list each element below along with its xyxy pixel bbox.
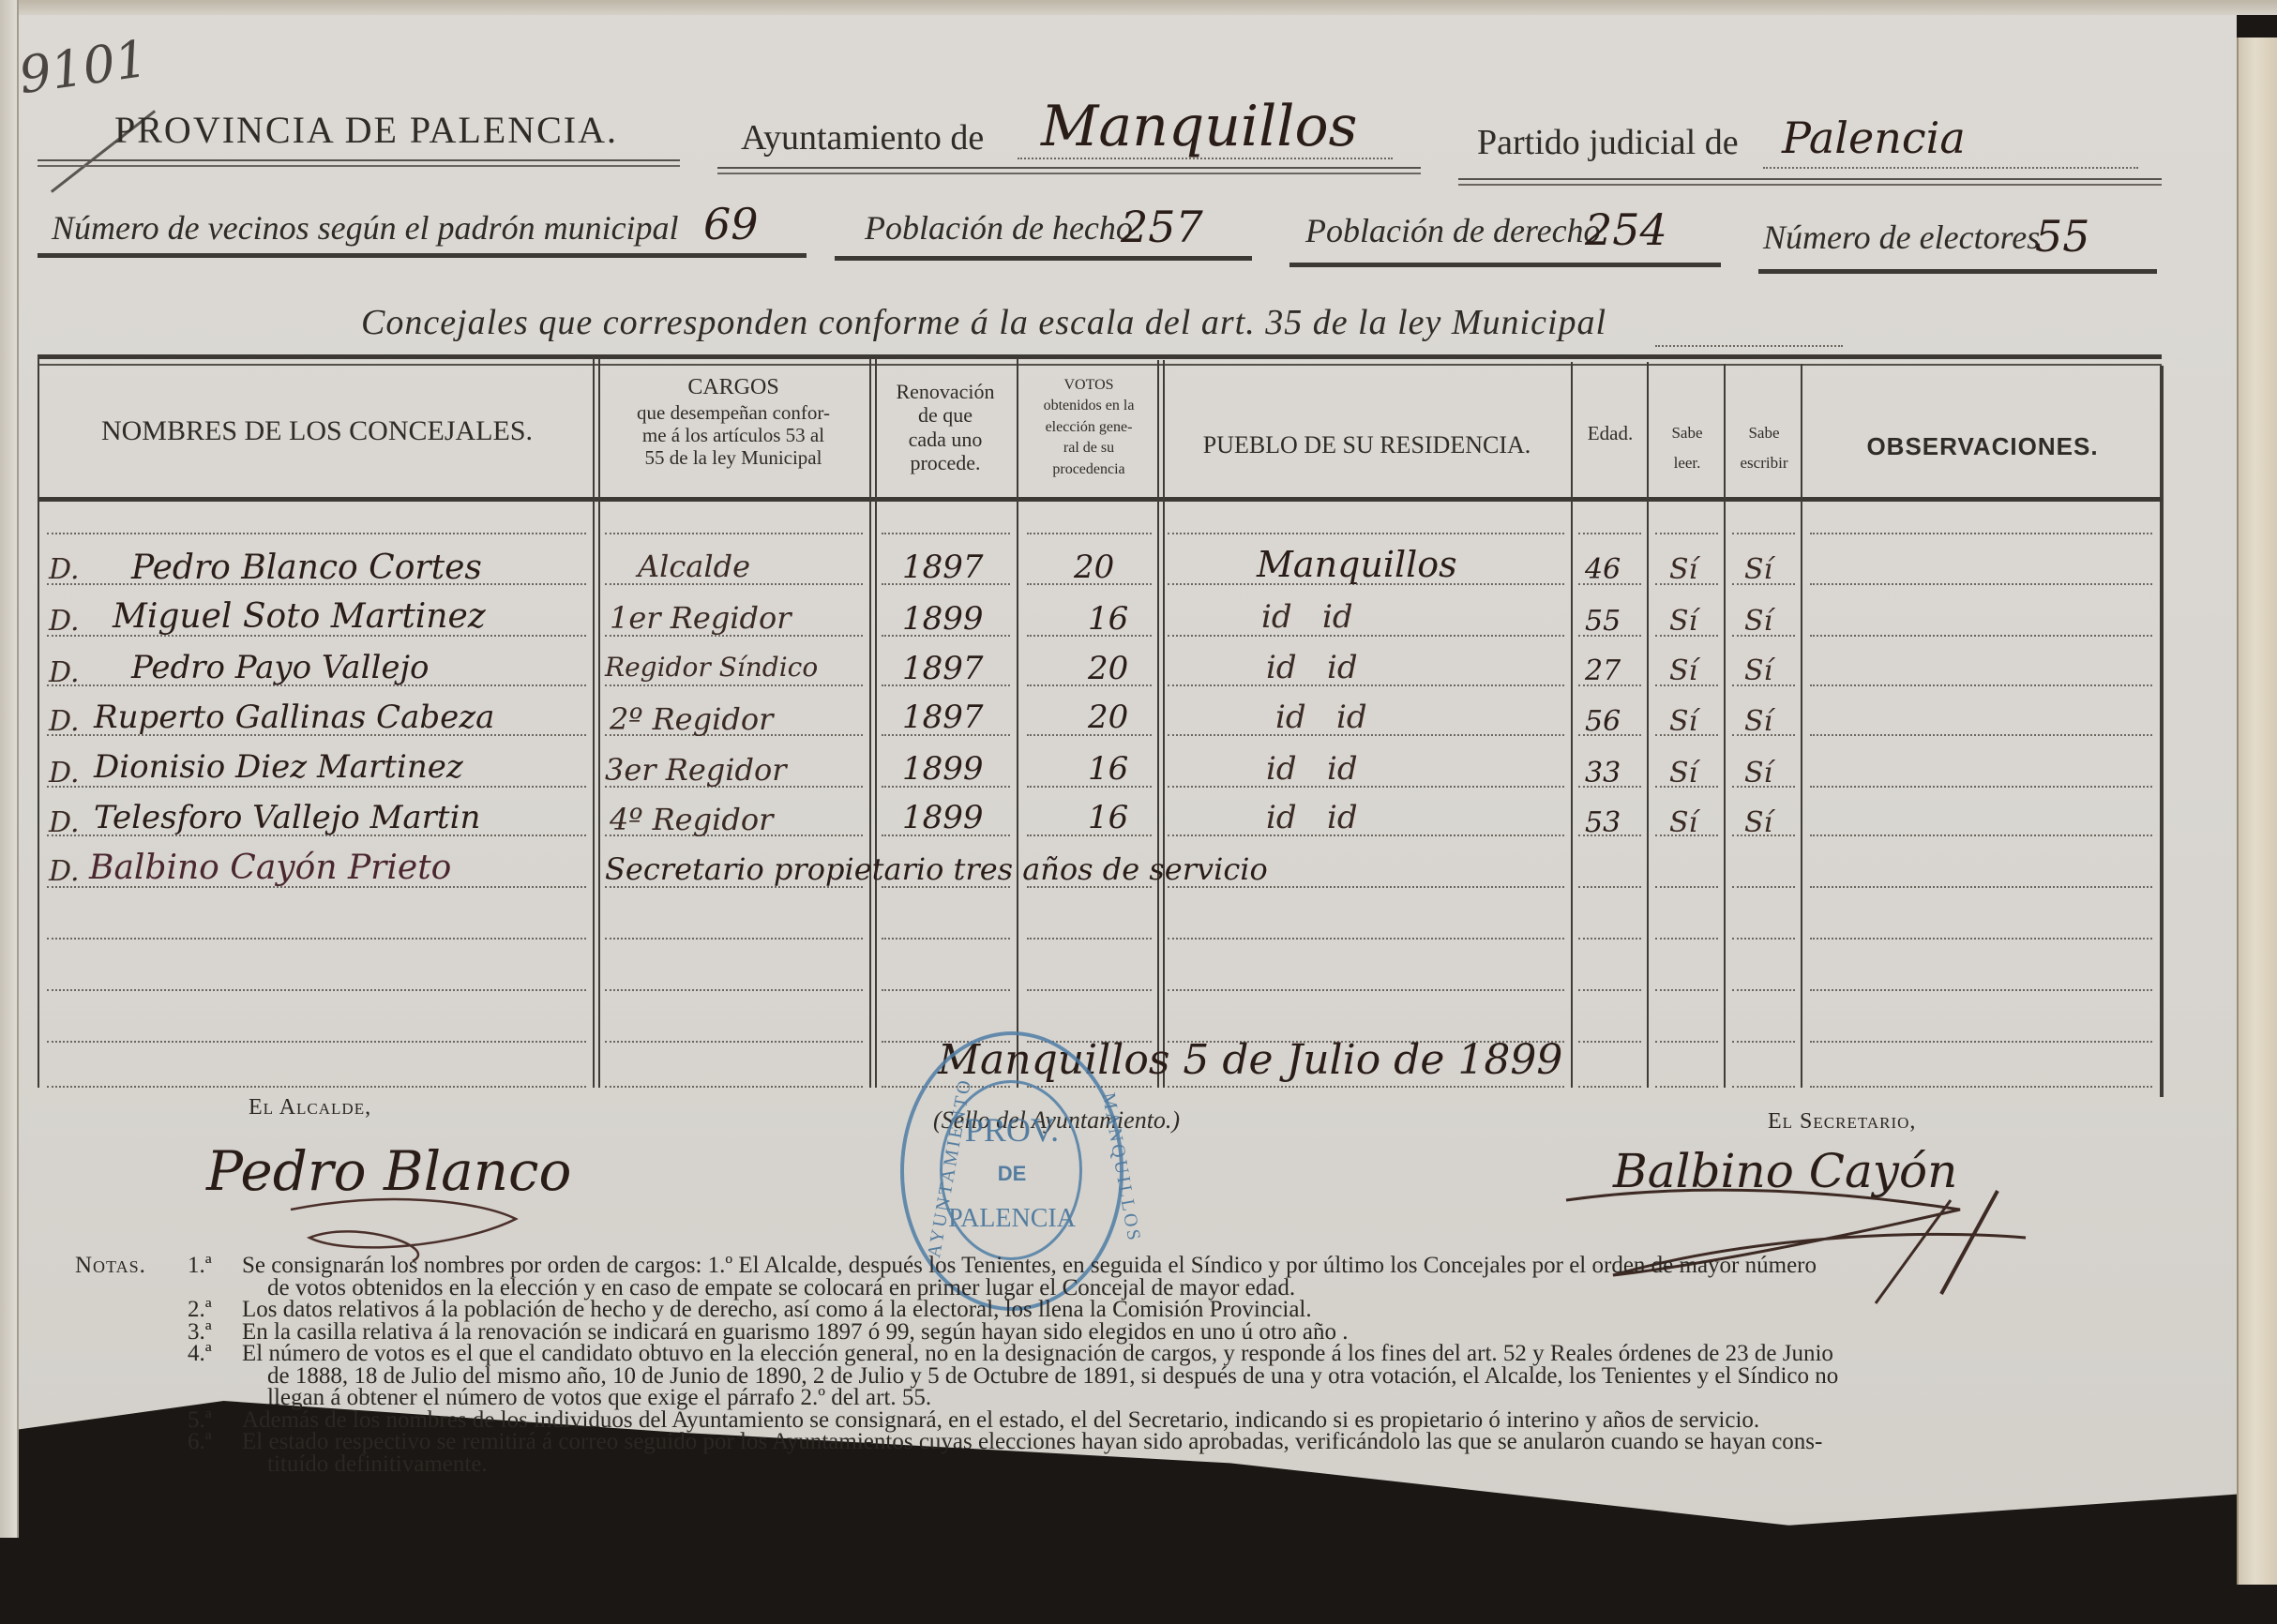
row5-pueblo: id id — [1266, 750, 1358, 788]
row1-leer: Sí — [1669, 553, 1697, 586]
secretario-flourish-icon — [1557, 1163, 2119, 1313]
page-top-edge — [0, 0, 2277, 15]
cargos-sub2: me á los artículos 53 al — [596, 424, 870, 446]
row2-votos: 16 — [1088, 600, 1128, 638]
row4-nombre: Ruperto Gallinas Cabeza — [94, 699, 494, 736]
votos-1: obtenidos en la — [1020, 396, 1157, 416]
row-dotted-line — [1168, 533, 1564, 534]
note-number: 6.ª — [188, 1431, 212, 1453]
row3-renovacion: 1897 — [902, 650, 984, 687]
row6-nombre: Telesforo Vallejo Martin — [94, 799, 480, 836]
note-number: 2.ª — [188, 1299, 212, 1321]
col-header-leer: Sabe leer. — [1651, 418, 1724, 479]
col-sep-5 — [1571, 362, 1573, 1088]
hecho-label: Población de hecho — [865, 208, 1133, 248]
row1-pueblo: Manquillos — [1257, 544, 1457, 585]
row-dotted-line — [1027, 533, 1152, 534]
derecho-label: Población de derecho — [1305, 211, 1601, 250]
row-dotted-line — [605, 684, 863, 686]
row4-edad: 56 — [1585, 705, 1621, 738]
notes-label: Notas. — [75, 1253, 146, 1278]
note-line: de 1888, 18 de Julio del mismo año, 10 d… — [267, 1365, 1838, 1388]
table-header-bottom — [38, 497, 2162, 502]
note-line: Los datos relativos á la población de he… — [242, 1299, 1312, 1321]
escribir-2: escribir — [1727, 448, 1801, 478]
alcalde-label: El Alcalde, — [249, 1095, 371, 1120]
votos-title: VOTOS — [1020, 375, 1157, 396]
row2-escribir: Sí — [1744, 605, 1772, 638]
row1-prefix: D. — [49, 553, 80, 586]
row3-leer: Sí — [1669, 654, 1697, 687]
row-dotted-line — [1168, 835, 1564, 836]
row-dotted-line — [1655, 1086, 1718, 1088]
row-dotted-line — [1810, 533, 2152, 534]
row-dotted-line — [605, 533, 863, 534]
row-dotted-line — [1810, 938, 2152, 940]
note-line: de votos obtenidos en la elección y en c… — [267, 1277, 1295, 1300]
col-header-cargos: CARGOS que desempeñan confor- me á los a… — [596, 375, 870, 469]
electores-value: 55 — [2035, 211, 2090, 262]
row2-prefix: D. — [49, 605, 80, 638]
row1-nombre: Pedro Blanco Cortes — [131, 549, 482, 587]
row-dotted-line — [1810, 989, 2152, 991]
row1-renovacion: 1897 — [902, 549, 984, 586]
row6-escribir: Sí — [1744, 806, 1772, 839]
row-dotted-line — [1655, 1041, 1718, 1043]
provincia-title: PROVINCIA DE PALENCIA. — [114, 108, 618, 152]
row-dotted-line — [605, 938, 863, 940]
row3-votos: 20 — [1088, 650, 1128, 687]
partido-label: Partido judicial de — [1477, 122, 1739, 163]
row3-pueblo: id id — [1266, 649, 1358, 686]
row2-nombre: Miguel Soto Martinez — [113, 597, 486, 636]
row-dotted-line — [882, 989, 1010, 991]
row2-pueblo: id id — [1261, 598, 1353, 636]
row6-edad: 53 — [1585, 806, 1621, 839]
row-dotted-line — [1810, 635, 2152, 637]
votos-3: ral de su — [1020, 438, 1157, 459]
row6-pueblo: id id — [1266, 799, 1358, 836]
ayuntamiento-label: Ayuntamiento de — [741, 117, 984, 158]
row-dotted-line — [1732, 533, 1795, 534]
vecinos-value: 69 — [703, 199, 759, 249]
row-dotted-line — [1655, 533, 1718, 534]
partido-underline — [1458, 178, 2162, 186]
renovacion-3: cada uno — [874, 428, 1017, 451]
renovacion-4: procede. — [874, 451, 1017, 474]
derecho-value: 254 — [1585, 204, 1667, 255]
row6-cargo: 4º Regidor — [610, 802, 773, 837]
secretario-label: El Secretario, — [1768, 1109, 1916, 1135]
row3-cargo: Regidor Síndico — [605, 652, 818, 683]
row4-renovacion: 1897 — [902, 699, 984, 736]
row6-prefix: D. — [49, 806, 80, 839]
row-dotted-line — [605, 989, 863, 991]
row1-escribir: Sí — [1744, 553, 1772, 586]
cargos-sub1: que desempeñan confor- — [596, 401, 870, 424]
note-line: El estado respectivo se remitirá á corre… — [242, 1431, 1822, 1453]
col-sep-3 — [1017, 358, 1018, 1088]
row-dotted-line — [1810, 734, 2152, 736]
row-dotted-line — [1168, 1086, 1564, 1088]
row-dotted-line — [1732, 1086, 1795, 1088]
row4-leer: Sí — [1669, 705, 1697, 738]
ayuntamiento-value: Manquillos — [1041, 94, 1357, 159]
note-number: 5.ª — [188, 1409, 212, 1432]
row-dotted-line — [1810, 1086, 2152, 1088]
row-dotted-line — [1732, 938, 1795, 940]
vecinos-underline — [38, 253, 807, 258]
note-number: 1.ª — [188, 1255, 212, 1277]
col-header-nombres: NOMBRES DE LOS CONCEJALES. — [41, 415, 593, 448]
row-dotted-line — [1578, 938, 1641, 940]
row-dotted-line — [1810, 786, 2152, 788]
leer-2: leer. — [1651, 448, 1724, 478]
row-dotted-line — [1810, 583, 2152, 585]
row1-edad: 46 — [1585, 553, 1621, 586]
table-top-border — [38, 354, 2162, 359]
table-subtitle: Concejales que corresponden conforme á l… — [361, 302, 1606, 343]
row-dotted-line — [882, 938, 1010, 940]
partido-value: Palencia — [1782, 113, 1966, 163]
ayuntamiento-dotted-line — [1018, 158, 1393, 159]
row-dotted-line — [1732, 1041, 1795, 1043]
row5-prefix: D. — [49, 757, 80, 789]
provincia-underline — [38, 159, 680, 167]
vecinos-label: Número de vecinos según el padrón munici… — [52, 208, 679, 248]
row3-edad: 27 — [1585, 654, 1621, 687]
row4-pueblo: id id — [1275, 699, 1367, 736]
row-dotted-line — [1168, 635, 1564, 637]
table-left-border — [38, 356, 39, 1088]
note-line: Se consignarán los nombres por orden de … — [242, 1255, 1817, 1277]
row4-cargo: 2º Regidor — [610, 701, 773, 737]
row1-votos: 20 — [1074, 549, 1114, 586]
row-dotted-line — [47, 989, 586, 991]
page-right-edge — [2237, 38, 2277, 1585]
col-header-pueblo: PUEBLO DE SU RESIDENCIA. — [1163, 431, 1571, 459]
renovacion-1: Renovación — [874, 380, 1017, 403]
electores-underline — [1758, 269, 2157, 274]
row-dotted-line — [47, 1086, 586, 1088]
row-dotted-line — [1168, 938, 1564, 940]
observaciones-text: OBSERVACIONES. — [1866, 432, 2098, 460]
row3-escribir: Sí — [1744, 654, 1772, 687]
note-line: llegan á obtener el número de votos que … — [267, 1387, 931, 1409]
row-dotted-line — [1810, 886, 2152, 888]
row-dotted-line — [1732, 886, 1795, 888]
row5-renovacion: 1899 — [902, 750, 984, 788]
derecho-underline — [1289, 263, 1721, 267]
row-dotted-line — [1655, 886, 1718, 888]
row5-votos: 16 — [1088, 750, 1128, 788]
row-dotted-line — [1168, 989, 1564, 991]
row-dotted-line — [1168, 684, 1564, 686]
row-dotted-line — [47, 786, 586, 788]
notes-section: Notas. — [75, 1255, 146, 1277]
electores-label: Número de electores — [1763, 218, 2040, 257]
row-dotted-line — [1810, 835, 2152, 836]
edad-text: Edad. — [1588, 422, 1633, 444]
row7-nombre: Balbino Cayón Prieto — [89, 849, 451, 887]
col-header-edad: Edad. — [1574, 422, 1647, 444]
col-header-escribir: Sabe escribir — [1727, 418, 1801, 479]
col-header-votos: VOTOS obtenidos en la elección gene- ral… — [1020, 375, 1157, 480]
note-number: 4.ª — [188, 1343, 212, 1365]
hecho-value: 257 — [1121, 202, 1203, 252]
subtitle-dotted-line — [1655, 345, 1843, 347]
row7-prefix: D. — [49, 855, 80, 888]
row-dotted-line — [1578, 989, 1641, 991]
row-dotted-line — [47, 533, 586, 534]
row-dotted-line — [1810, 684, 2152, 686]
renovacion-2: de que — [874, 403, 1017, 427]
stamp-line-1: PROV. — [904, 1110, 1120, 1150]
note-number: 3.ª — [188, 1321, 212, 1344]
ayuntamiento-underline — [717, 167, 1421, 174]
row2-renovacion: 1899 — [902, 600, 984, 638]
row-dotted-line — [1655, 989, 1718, 991]
row-dotted-line — [605, 1041, 863, 1043]
row-dotted-line — [1027, 989, 1152, 991]
col-header-renovacion: Renovación de que cada uno procede. — [874, 380, 1017, 474]
row2-edad: 55 — [1585, 605, 1621, 638]
row-dotted-line — [1578, 533, 1641, 534]
row6-leer: Sí — [1669, 806, 1697, 839]
row2-cargo: 1er Regidor — [610, 600, 792, 636]
row1-cargo: Alcalde — [638, 549, 750, 584]
leer-1: Sabe — [1651, 418, 1724, 448]
escribir-1: Sabe — [1727, 418, 1801, 448]
row-dotted-line — [1732, 989, 1795, 991]
row5-escribir: Sí — [1744, 757, 1772, 789]
row-dotted-line — [1578, 1041, 1641, 1043]
partido-dotted-line — [1763, 167, 2138, 169]
cargos-sub3: 55 de la ley Municipal — [596, 446, 870, 469]
row5-nombre: Dionisio Diez Martinez — [94, 748, 463, 786]
votos-2: elección gene- — [1020, 417, 1157, 438]
row-dotted-line — [47, 1041, 586, 1043]
note-line: Además de los nombres de los individuos … — [242, 1409, 1759, 1432]
row2-leer: Sí — [1669, 605, 1697, 638]
row6-renovacion: 1899 — [902, 799, 984, 836]
row6-votos: 16 — [1088, 799, 1128, 836]
row7-secretario-text: Secretario propietario tres años de serv… — [605, 851, 1268, 887]
table-right-border — [2160, 366, 2164, 1097]
col-header-nombres-text: NOMBRES DE LOS CONCEJALES. — [101, 415, 533, 446]
row-dotted-line — [1027, 938, 1152, 940]
book-spine — [0, 0, 19, 1538]
col-sep-6 — [1647, 362, 1649, 1088]
votos-4: procedencia — [1020, 459, 1157, 480]
row5-cargo: 3er Regidor — [605, 752, 787, 788]
table-top-border-thin — [38, 364, 2162, 366]
row-dotted-line — [605, 1086, 863, 1088]
row-dotted-line — [1578, 1086, 1641, 1088]
col-sep-4 — [1157, 360, 1165, 1088]
hecho-underline — [835, 256, 1252, 261]
row3-prefix: D. — [49, 656, 80, 689]
row5-edad: 33 — [1585, 757, 1621, 789]
row-dotted-line — [47, 938, 586, 940]
row4-escribir: Sí — [1744, 705, 1772, 738]
row-dotted-line — [882, 533, 1010, 534]
row3-nombre: Pedro Payo Vallejo — [131, 649, 429, 686]
note-line: tituído definitivamente. — [267, 1453, 488, 1476]
row-dotted-line — [1810, 1041, 2152, 1043]
note-line: El número de votos es el que el candidat… — [242, 1343, 1833, 1365]
note-line: En la casilla relativa á la renovación s… — [242, 1321, 1349, 1344]
row4-prefix: D. — [49, 705, 80, 738]
col-header-observaciones: OBSERVACIONES. — [1804, 433, 2161, 461]
cargos-title: CARGOS — [596, 375, 870, 401]
row-dotted-line — [1168, 786, 1564, 788]
row4-votos: 20 — [1088, 699, 1128, 736]
col-sep-8 — [1801, 364, 1802, 1088]
row-dotted-line — [1655, 938, 1718, 940]
col-sep-7 — [1724, 364, 1726, 1088]
pueblo-text: PUEBLO DE SU RESIDENCIA. — [1203, 431, 1531, 459]
row-dotted-line — [1578, 886, 1641, 888]
row5-leer: Sí — [1669, 757, 1697, 789]
